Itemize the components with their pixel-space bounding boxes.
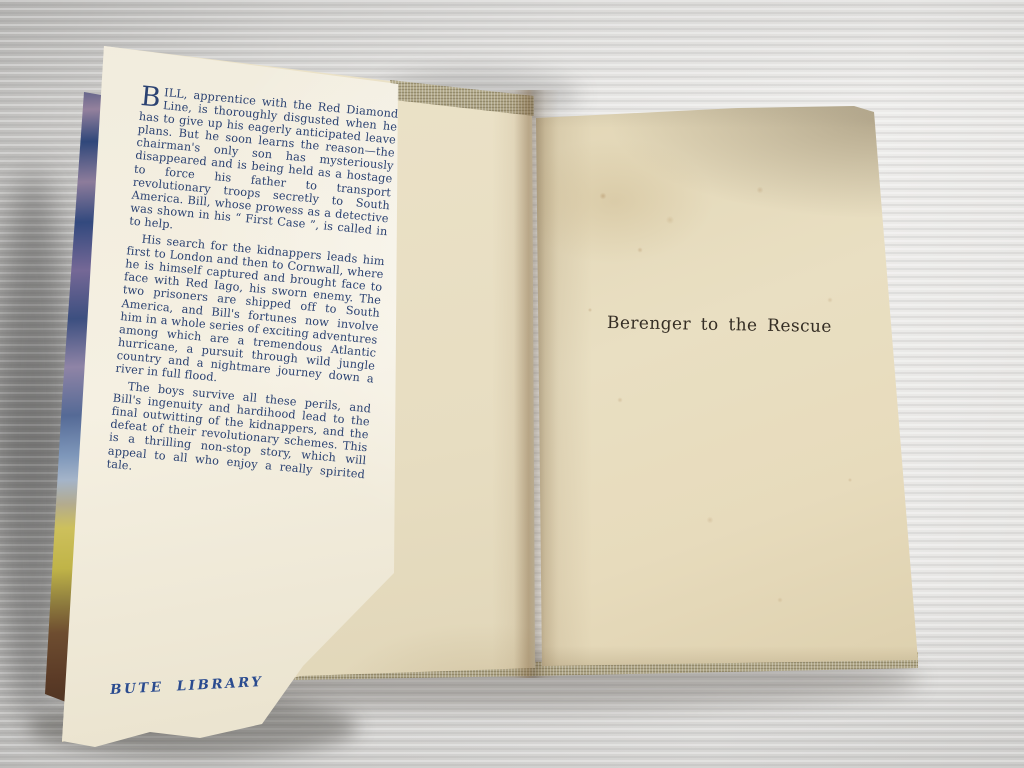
blurb-paragraph: His search for the kidnappers leads him … bbox=[115, 231, 385, 398]
half-title-text: Berenger to the Rescue bbox=[607, 313, 832, 337]
book-photo-scene: BILL, apprentice with the Red Diamond Li… bbox=[0, 0, 1024, 768]
blurb-paragraph: BILL, apprentice with the Red Diamond Li… bbox=[129, 84, 399, 251]
flap-blurb: BILL, apprentice with the Red Diamond Li… bbox=[106, 84, 399, 498]
blurb-paragraph: The boys survive all these perils, and B… bbox=[106, 379, 371, 494]
half-title-page bbox=[528, 98, 922, 672]
drop-cap: B bbox=[140, 84, 165, 111]
gutter-crease bbox=[492, 90, 570, 678]
